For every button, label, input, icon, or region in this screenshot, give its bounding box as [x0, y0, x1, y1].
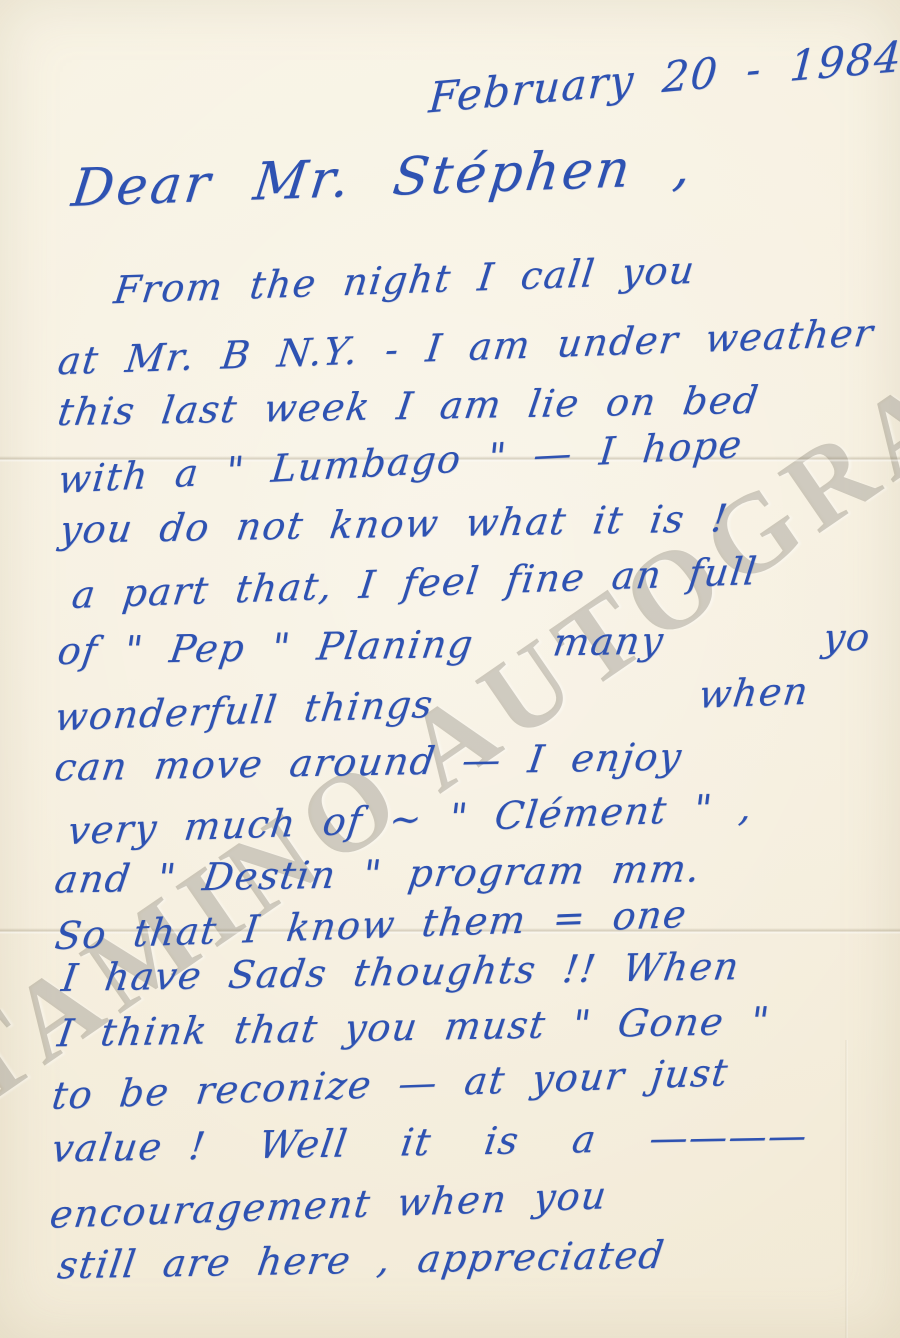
letter-line: to be reconize — at your just: [49, 1050, 731, 1118]
letter-line: a part that, I feel fine an full: [69, 549, 760, 617]
letter-line: can move around — I enjoy: [52, 734, 685, 789]
letter-line: with a " Lumbago " — I hope: [56, 422, 745, 502]
letter-line: I think that you must " Gone ": [55, 999, 773, 1056]
fold-crease-vertical: [845, 1040, 848, 1338]
letter-line: value ! Well it is a ————: [49, 1113, 811, 1170]
letter-line: wonderfull things when: [53, 669, 812, 740]
letter-page: TAMINO AUTOGRAPHS February 20 - 1984. De…: [0, 0, 900, 1338]
letter-line: still are here , appreciated: [55, 1233, 668, 1288]
letter-line: you do not know what it is !: [57, 496, 731, 552]
letter-line: and " Destin " program mm.: [52, 846, 704, 901]
letter-line: From the night I call you: [111, 248, 697, 313]
date-line: February 20 - 1984.: [427, 30, 900, 122]
letter-line: encouragement when you: [47, 1173, 610, 1237]
letter-line: very much of ~ " Clément " ,: [65, 785, 755, 853]
salutation: Dear Mr. Stéphen ,: [68, 137, 697, 219]
letter-line: of " Pep " Planing many yo: [55, 615, 874, 673]
letter-line: at Mr. B N.Y. - I am under weather: [56, 311, 877, 384]
